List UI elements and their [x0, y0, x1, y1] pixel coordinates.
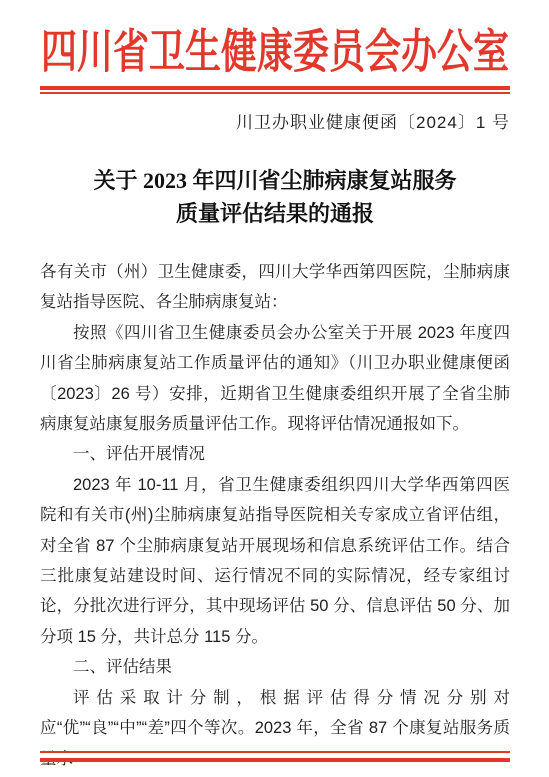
header-divider [40, 86, 510, 94]
section-heading-1: 一、评估开展情况 [40, 439, 510, 469]
header-divider-thin-line [40, 92, 510, 94]
document-title-line-1: 关于 2023 年四川省尘肺病康复站服务 [40, 164, 510, 197]
document-title: 关于 2023 年四川省尘肺病康复站服务 质量评估结果的通报 [40, 164, 510, 230]
document-page: 四川省卫生健康委员会办公室 川卫办职业健康便函〔2024〕1 号 关于 2023… [0, 0, 549, 777]
paragraph-evaluation-process: 2023 年 10-11 月，省卫生健康委组织四川大学华西第四医院和有关市(州)… [40, 470, 510, 652]
document-body: 各有关市（州）卫生健康委，四川大学华西第四医院，尘肺病康复站指导医院、各尘肺病康… [40, 257, 510, 774]
section-heading-2: 二、评估结果 [40, 652, 510, 682]
footer-divider [40, 751, 510, 762]
footer-divider-thick-line [40, 758, 510, 762]
issuing-org-title: 四川省卫生健康委员会办公室 [40, 26, 510, 78]
document-number: 川卫办职业健康便函〔2024〕1 号 [40, 113, 510, 133]
paragraph-overview: 按照《四川省卫生健康委员会办公室关于开展 2023 年度四川省尘肺病康复站工作质… [40, 318, 510, 440]
document-title-line-2: 质量评估结果的通报 [40, 197, 510, 230]
salutation-paragraph: 各有关市（州）卫生健康委，四川大学华西第四医院，尘肺病康复站指导医院、各尘肺病康… [40, 257, 510, 318]
